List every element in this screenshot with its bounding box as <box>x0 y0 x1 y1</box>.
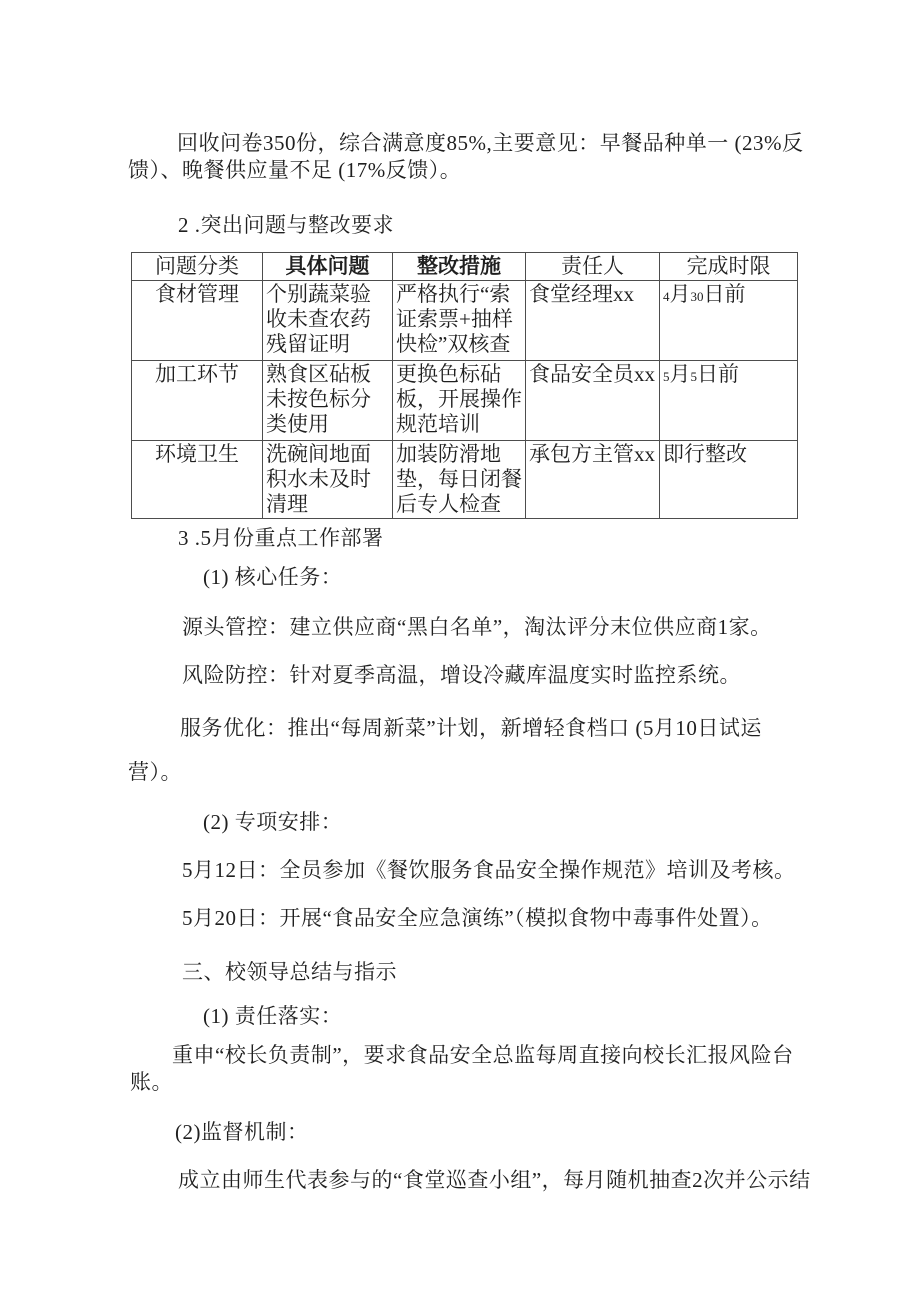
item-may-20: 5月20日：开展“食品安全应急演练”（模拟食物中毒事件处置）。 <box>182 905 773 931</box>
subheading-special-arrangements: (2) 专项安排： <box>203 809 342 835</box>
col-header-deadline: 完成时限 <box>660 253 798 281</box>
cell-owner: 承包方主管xx <box>526 441 660 519</box>
heading-leader-summary: 三、校领导总结与指示 <box>182 959 397 985</box>
table-row: 食材管理 个别蔬菜验收未查农药残留证明 严格执行“索证索票+抽样快检”双核查 食… <box>132 281 798 361</box>
cell-deadline: 5月5日前 <box>660 361 798 441</box>
cell-deadline: 即行整改 <box>660 441 798 519</box>
cell-category: 环境卫生 <box>132 441 263 519</box>
cell-category: 食材管理 <box>132 281 263 361</box>
col-header-owner: 责任人 <box>526 253 660 281</box>
task-risk-control: 风险防控：针对夏季高温，增设冷藏库温度实时监控系统。 <box>182 662 741 688</box>
cell-measure: 更换色标砧板，开展操作规范培训 <box>393 361 526 441</box>
heading-may-deployment: 3 .5月份重点工作部署 <box>178 525 384 551</box>
item-may-12: 5月12日：全员参加《餐饮服务食品安全操作规范》培训及考核。 <box>182 857 796 883</box>
cell-measure: 加装防滑地垫，每日闭餐后专人检查 <box>393 441 526 519</box>
responsibility-detail-line-2: 账。 <box>130 1069 173 1095</box>
cell-owner: 食品安全员xx <box>526 361 660 441</box>
responsibility-detail-line-1: 重申“校长负责制”，要求食品安全总监每周直接向校长汇报风险台 <box>172 1042 794 1068</box>
cell-problem: 洗碗间地面积水未及时清理 <box>263 441 393 519</box>
cell-problem: 熟食区砧板未按色标分类使用 <box>263 361 393 441</box>
table-row: 环境卫生 洗碗间地面积水未及时清理 加装防滑地垫，每日闭餐后专人检查 承包方主管… <box>132 441 798 519</box>
task-service-line-1: 服务优化：推出“每周新菜”计划，新增轻食档口 (5月10日试运 <box>180 715 762 741</box>
cell-measure: 严格执行“索证索票+抽样快检”双核查 <box>393 281 526 361</box>
cell-problem: 个别蔬菜验收未查农药残留证明 <box>263 281 393 361</box>
paragraph-feedback-line-2: 馈）、晚餐供应量不足 (17%反馈）。 <box>128 157 461 183</box>
subheading-supervision: (2)监督机制： <box>175 1119 309 1145</box>
paragraph-feedback-line-1: 回收问卷350份，综合满意度85%,主要意见：早餐品种单一 (23%反 <box>177 130 803 156</box>
cell-owner: 食堂经理xx <box>526 281 660 361</box>
supervision-detail: 成立由师生代表参与的“食堂巡查小组”，每月随机抽查2次并公示结 <box>178 1167 811 1193</box>
table-header-row: 问题分类 具体问题 整改措施 责任人 完成时限 <box>132 253 798 281</box>
subheading-core-tasks: (1) 核心任务： <box>203 564 342 590</box>
col-header-category: 问题分类 <box>132 253 263 281</box>
task-source-control: 源头管控：建立供应商“黑白名单”，淘汰评分末位供应商1家。 <box>182 614 772 640</box>
col-header-measure: 整改措施 <box>393 253 526 281</box>
heading-problems: 2 .突出问题与整改要求 <box>178 212 394 238</box>
cell-category: 加工环节 <box>132 361 263 441</box>
rectification-table: 问题分类 具体问题 整改措施 责任人 完成时限 食材管理 个别蔬菜验收未查农药残… <box>131 252 798 519</box>
task-service-line-2: 营）。 <box>128 759 182 785</box>
cell-deadline: 4月30日前 <box>660 281 798 361</box>
col-header-problem: 具体问题 <box>263 253 393 281</box>
document-page: 回收问卷350份，综合满意度85%,主要意见：早餐品种单一 (23%反 馈）、晚… <box>0 0 920 1301</box>
table-row: 加工环节 熟食区砧板未按色标分类使用 更换色标砧板，开展操作规范培训 食品安全员… <box>132 361 798 441</box>
subheading-responsibility: (1) 责任落实： <box>203 1003 342 1029</box>
